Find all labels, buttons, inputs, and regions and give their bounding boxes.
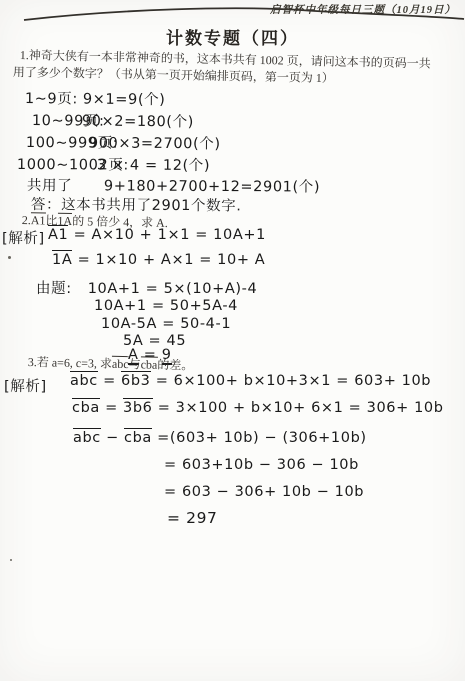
q1-formula: 3 × 4 = 12(个) [97, 157, 210, 174]
q2-equation-line-3: 10A-5A = 50-4-1 [101, 316, 231, 332]
q3-line-abc: abc = 6b3 = 6×100+ b×10+3×1 = 603+ 10b [70, 373, 431, 389]
q1-work-line-2: 10~99页:90×2=180(个) [32, 109, 194, 131]
overline-text: A1 [31, 212, 46, 227]
page-header: 启智杯中年级每日三题（10月19日） [270, 2, 456, 17]
overline-text: abc [112, 356, 129, 371]
q3-result-line: = 297 [167, 509, 218, 527]
text-part: 3.若 a=6, c=3, 求 [28, 355, 112, 371]
overline-text: cba [141, 356, 158, 371]
q3-line-difference: abc − cba =(603+ 10b) − (306+10b) [73, 430, 367, 446]
scanned-worksheet-page: 启智杯中年级每日三题（10月19日） 计数专题（四） 1.神奇大侠有一本非常神奇… [0, 0, 465, 681]
overline-text: 3b6 [123, 398, 152, 416]
text-part: 与 [129, 357, 141, 371]
q1-range-label: 1~9页: [25, 87, 83, 109]
q2-line-a1: A1 = A×10 + 1×1 = 10A+1 [48, 227, 266, 243]
text-part: = 6×100+ b×10+3×1 = 603+ 10b [151, 373, 432, 389]
overline-text: 1A [52, 250, 72, 268]
q3-line-cba: cba = 3b6 = 3×100 + b×10+ 6×1 = 306+ 10b [72, 400, 444, 416]
overline-text: 6b3 [121, 371, 150, 389]
q1-formula: 90×2=180(个) [82, 113, 194, 130]
scan-speck [8, 256, 11, 259]
text-part: 的差。 [157, 358, 193, 373]
q1-work-line-4: 1000~1002页:3 × 4 = 12(个) [17, 153, 210, 175]
text-part: 2. [22, 213, 31, 227]
q3-step-line-1: = 603+10b − 306 − 10b [164, 457, 359, 473]
text-part: = [98, 373, 121, 389]
q2-line-1a: 1A = 1×10 + A×1 = 10+ A [52, 252, 265, 268]
text-part: =(603+ 10b) − (306+10b) [152, 430, 367, 446]
overline-text: cba [124, 428, 152, 446]
q1-range-label: 1000~1002页: [17, 153, 97, 174]
text-part: = 1×10 + A×1 = 10+ A [72, 252, 265, 268]
q3-text: 3.若 a=6, c=3, 求abc与cba的差。 [28, 353, 194, 373]
q1-range-label: 100~999页: [26, 131, 89, 152]
q3-analysis-label: [解析] [4, 375, 47, 396]
q1-work-line-1: 1~9页:9×1=9(个) [25, 87, 166, 109]
text-part: = 3×100 + b×10+ 6×1 = 306+ 10b [153, 400, 444, 416]
overline-text: abc [70, 371, 98, 389]
overline-text: A1 [48, 225, 68, 243]
text-part: = A×10 + 1×1 = 10A+1 [68, 227, 266, 243]
page-title: 计数专题（四） [0, 24, 465, 49]
overline-text: cba [72, 398, 100, 416]
scan-speck [10, 559, 12, 561]
overline-text: abc [73, 428, 101, 446]
q1-range-label: 10~99页: [32, 109, 82, 130]
text-part: = [100, 400, 123, 416]
q1-work-line-3: 100~999页:900×3=2700(个) [26, 131, 221, 153]
q1-formula: 9×1=9(个) [83, 92, 166, 109]
text-part: − [101, 430, 124, 446]
q2-analysis-label: [解析] [2, 227, 45, 248]
q2-equation-line-1: 由题:10A+1 = 5×(10+A)-4 [36, 277, 257, 298]
q1-formula: 900×3=2700(个) [89, 135, 221, 152]
q2-equation: 10A+1 = 5×(10+A)-4 [88, 281, 258, 297]
q2-yuti-label: 由题: [36, 281, 72, 297]
q3-step-line-2: = 603 − 306+ 10b − 10b [164, 484, 364, 500]
q2-equation-line-2: 10A+1 = 50+5A-4 [94, 298, 238, 314]
